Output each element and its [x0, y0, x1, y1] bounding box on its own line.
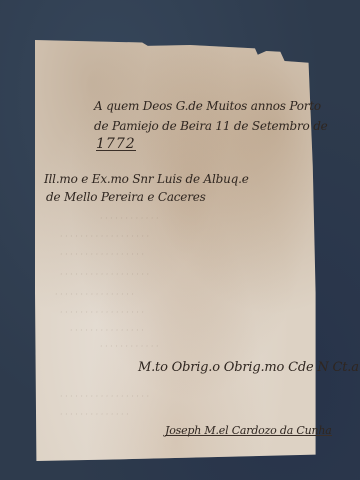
faded-text-line: · · · · · · · · · · · · · · · ·: [55, 290, 134, 299]
faded-text-line: · · · · · · · · · · · · · · · · ·: [60, 250, 144, 259]
faded-text-line: · · · · · · · · · · · · · · ·: [70, 326, 144, 335]
closing-line-2: de Pamiejo de Beira 11 de Setembro de: [94, 119, 328, 133]
closing-year: 1772: [96, 136, 136, 152]
addressee-line-2: de Mello Pereira e Caceres: [46, 190, 206, 204]
closing-line-1: A quem Deos G.de Muitos annos Porto: [94, 99, 321, 113]
valediction: M.to Obrig.o Obrig.mo Cde N Ct.a: [138, 360, 359, 375]
addressee-line-1: Ill.mo e Ex.mo Snr Luis de Albuq.e: [44, 172, 249, 186]
faded-text-line: · · · · · · · · · · · · · · · · · ·: [60, 270, 149, 279]
faded-text-line: · · · · · · · · · · · · · · · · · ·: [60, 392, 149, 401]
faded-text-line: · · · · · · · · · · · · · ·: [60, 410, 129, 419]
faded-text-line: · · · · · · · · · · · ·: [100, 342, 159, 351]
faded-text-line: · · · · · · · · · · · ·: [100, 214, 159, 223]
faded-text-line: · · · · · · · · · · · · · · · · ·: [60, 308, 144, 317]
faded-text-line: · · · · · · · · · · · · · · · · · ·: [60, 232, 149, 241]
signature: Joseph M.el Cardozo da Cunha: [165, 424, 332, 437]
